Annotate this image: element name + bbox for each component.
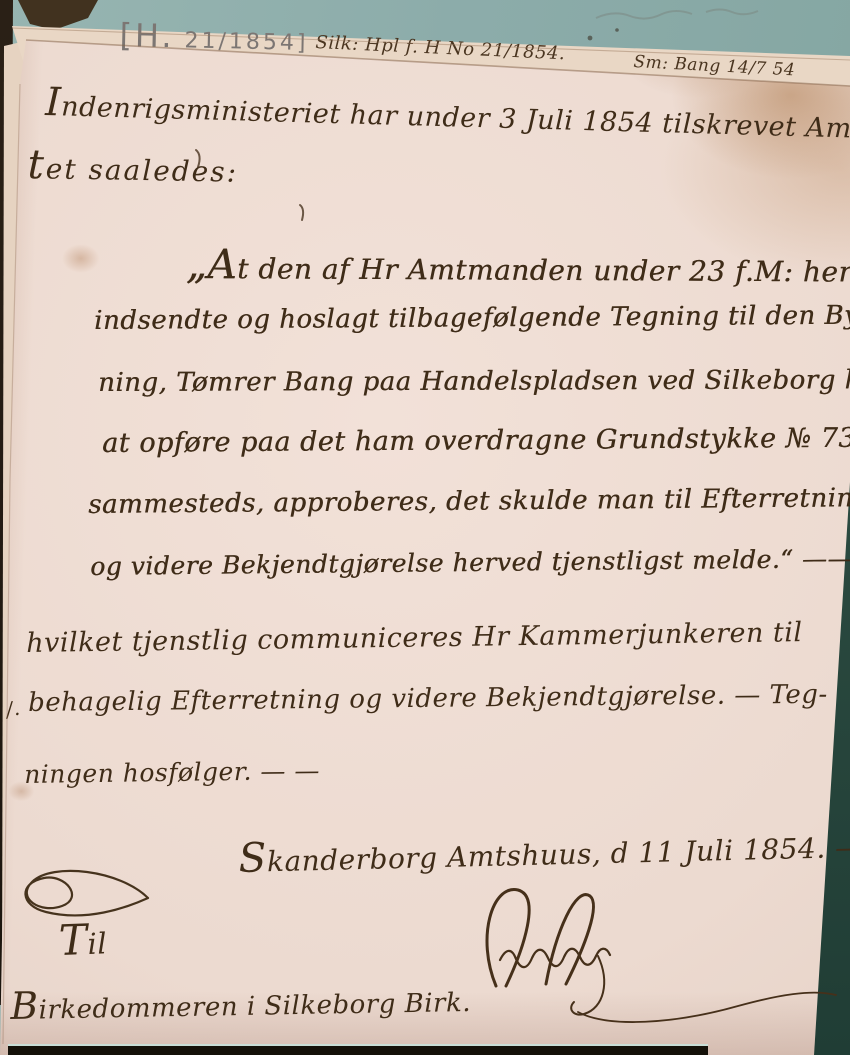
closing-line-3: ningen hosfølger. — — — [24, 756, 320, 790]
quote-line-3: ning, Tømrer Bang paa Handelspladsen ved… — [98, 365, 850, 399]
quote-line-1: „At den af Hr Amtmanden under 23 f.M: he… — [186, 240, 850, 292]
photographed-document: [H. 21/1854] Silk: Hpl f. H No 21/1854. … — [0, 0, 850, 1055]
quote-line-5: sammesteds, approberes, det skulde man t… — [88, 483, 850, 521]
ghost-writing-marks — [596, 10, 758, 19]
recipient-line: Birkedommeren i Silkeborg Birk. — [10, 976, 471, 1029]
address-to: Til — [58, 914, 108, 966]
quote-line-2: indsendte og hoslagt tilbagefølgende Teg… — [94, 300, 850, 337]
intro-line-2: tet saaledes: — [27, 140, 238, 192]
quote-line-4: at opføre paa det ham overdragne Grundst… — [102, 423, 850, 461]
bottom-shadow-band — [8, 1044, 708, 1055]
ink-specks — [588, 28, 619, 40]
pencil-archive-ref: [H. 21/1854] — [119, 16, 309, 58]
